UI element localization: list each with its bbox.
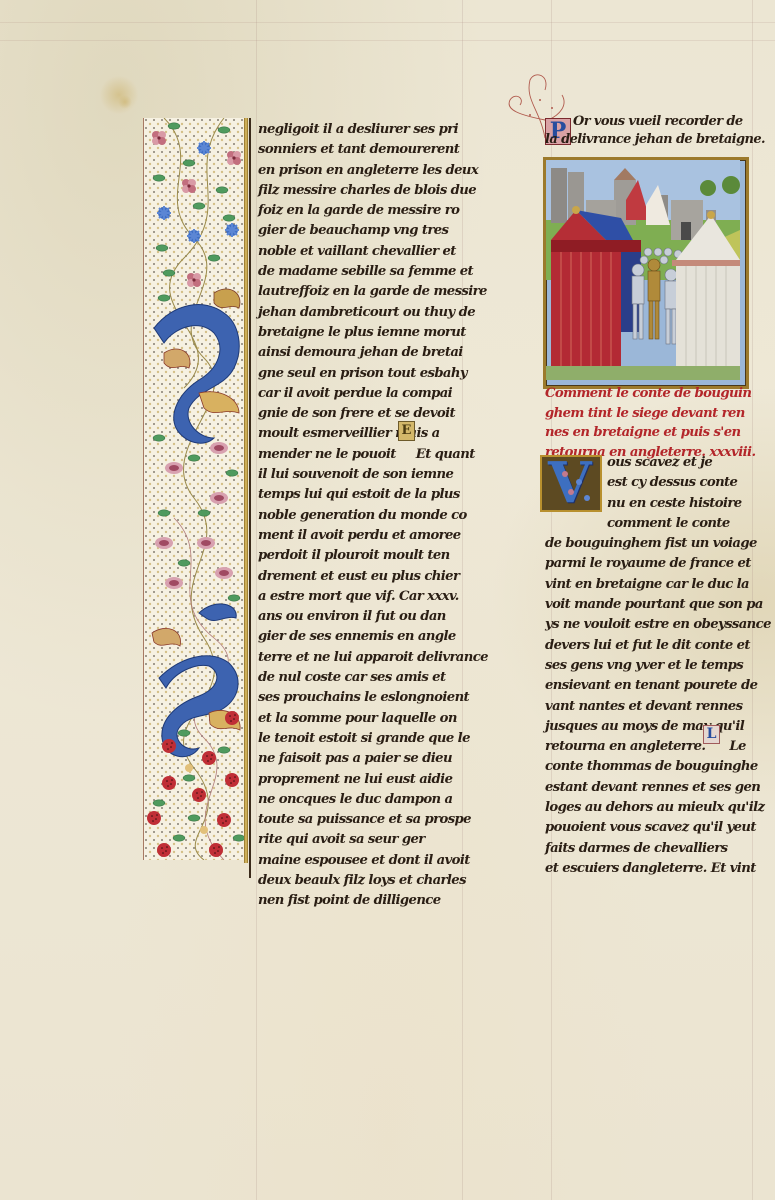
text-line: il lui souvenoit de son iemne — [258, 465, 513, 485]
text-line: jehan dambreticourt ou thuy de — [258, 303, 513, 323]
text-line: retourna en angleterre.Le — [545, 737, 770, 757]
text-line: voit mande pourtant que son pa — [545, 595, 770, 615]
text-line: deux beaulx filz loys et charles — [258, 871, 513, 891]
rubric-line: nes en bretaigne et puis s'en — [545, 423, 755, 443]
text-line: foiz en la garde de messire ro — [258, 201, 513, 221]
parchment-stain — [100, 75, 138, 115]
illuminated-border — [143, 118, 247, 860]
text-line: vant nantes et devant rennes — [545, 697, 770, 717]
parchment-stain — [118, 95, 132, 109]
text-line: ensievant en tenant pourete de — [545, 676, 770, 696]
text-line: rite qui avoit sa seur ger — [258, 830, 513, 850]
text-line: jusques au moys de may qu'il — [545, 717, 770, 737]
text-line: de madame sebille sa femme et — [258, 262, 513, 282]
text-line: maine espousee et dont il avoit — [258, 851, 513, 871]
text-line: filz messire charles de blois due — [258, 181, 513, 201]
text-line: noble et vaillant chevallier et — [258, 242, 513, 262]
text-line: ans ou environ il fut ou dan — [258, 607, 513, 627]
text-line: moult esmerveillier mais a — [258, 424, 513, 444]
inline-initial-text: Et quant — [400, 447, 475, 462]
siege-scene-icon — [546, 160, 740, 380]
text-line: nu en ceste histoire — [545, 494, 770, 514]
text-line: de bouguinghem fist un voiage — [545, 534, 770, 554]
section-heading: Or vous vueil recorder de la delivrance … — [545, 113, 765, 149]
left-text-column: negligoit il a desliurer ses pri sonnier… — [258, 120, 513, 912]
text-line: negligoit il a desliurer ses pri — [258, 120, 513, 140]
text-line: sonniers et tant demourerent — [258, 140, 513, 160]
right-text-column: ous scavez et je est cy dessus conte nu … — [545, 453, 770, 879]
text-line: ys ne vouloit estre en obeyssance — [545, 615, 770, 635]
text-line: ment il avoit perdu et amoree — [258, 526, 513, 546]
text-line: estant devant rennes et ses gen — [545, 778, 770, 798]
text-line: et la somme pour laquelle on — [258, 709, 513, 729]
text-line: ses prouchains le eslongnoient — [258, 688, 513, 708]
text-line: est cy dessus conte — [545, 473, 770, 493]
text-line: proprement ne lui eust aidie — [258, 770, 513, 790]
rubric-line: ghem tint le siege devant ren — [545, 404, 755, 424]
text-line: perdoit il plouroit moult ten — [258, 546, 513, 566]
text-line: toute sa puissance et sa prospe — [258, 810, 513, 830]
text-line: ne oncques le duc dampon a — [258, 790, 513, 810]
text-line: le tenoit estoit si grande que le — [258, 729, 513, 749]
text-line: gier de ses ennemis en angle — [258, 627, 513, 647]
rubric-line: Comment le conte de bouguin — [545, 384, 755, 404]
ruling-line — [0, 40, 775, 41]
ruling-line — [256, 0, 257, 1200]
text-line: car il avoit perdue la compai — [258, 384, 513, 404]
text-line: vint en bretaigne car le duc la — [545, 575, 770, 595]
text-line: ne faisoit pas a paier se dieu — [258, 749, 513, 769]
text-line: drement et eust eu plus chier — [258, 567, 513, 587]
text-line: gnie de son frere et se devoit — [258, 404, 513, 424]
text-line: comment le conte — [545, 514, 770, 534]
text-line: parmi le royaume de france et — [545, 554, 770, 574]
heading-line: la delivrance jehan de bretaigne. — [545, 131, 765, 149]
ruling-line — [0, 22, 775, 23]
ink-border-line — [249, 118, 251, 878]
text-line: conte thommas de bouguinghe — [545, 757, 770, 777]
text-line: gne seul en prison tout esbahy — [258, 364, 513, 384]
text-line: temps lui qui estoit de la plus — [258, 485, 513, 505]
gold-border-bar — [244, 118, 248, 863]
text-line: devers lui et fut le dit conte et — [545, 636, 770, 656]
text-line: a estre mort que vif. Car xxxv. — [258, 587, 513, 607]
text-line: bretaigne le plus iemne morut — [258, 323, 513, 343]
text-line: ses gens vng yver et le temps — [545, 656, 770, 676]
text-line: faits darmes de chevalliers — [545, 839, 770, 859]
text-line: ous scavez et je — [545, 453, 770, 473]
text-line: en prison en angleterre les deux — [258, 161, 513, 181]
text-line: mender ne le pouoit Et quant — [258, 445, 513, 465]
miniature-painting — [543, 157, 749, 389]
gold-initial-letter: E — [398, 421, 415, 441]
text-line: de nul coste car ses amis et — [258, 668, 513, 688]
text-line: ainsi demoura jehan de bretai — [258, 343, 513, 363]
text-line: lautreffoiz en la garde de messire — [258, 282, 513, 302]
heading-line: Or vous vueil recorder de — [545, 113, 765, 131]
text-line: noble generation du monde co — [258, 506, 513, 526]
text-line: et escuiers dangleterre. Et vint — [545, 859, 770, 879]
text-line: pouoient vous scavez qu'il yeut — [545, 818, 770, 838]
blue-initial-letter: L — [703, 725, 720, 744]
text-line: loges au dehors au mieulx qu'ilz — [545, 798, 770, 818]
floral-border-icon — [144, 118, 247, 860]
text-line: nen fist point de dilligence — [258, 891, 513, 911]
text-line: gier de beauchamp vng tres — [258, 221, 513, 241]
text-line: terre et ne lui apparoit delivrance — [258, 648, 513, 668]
